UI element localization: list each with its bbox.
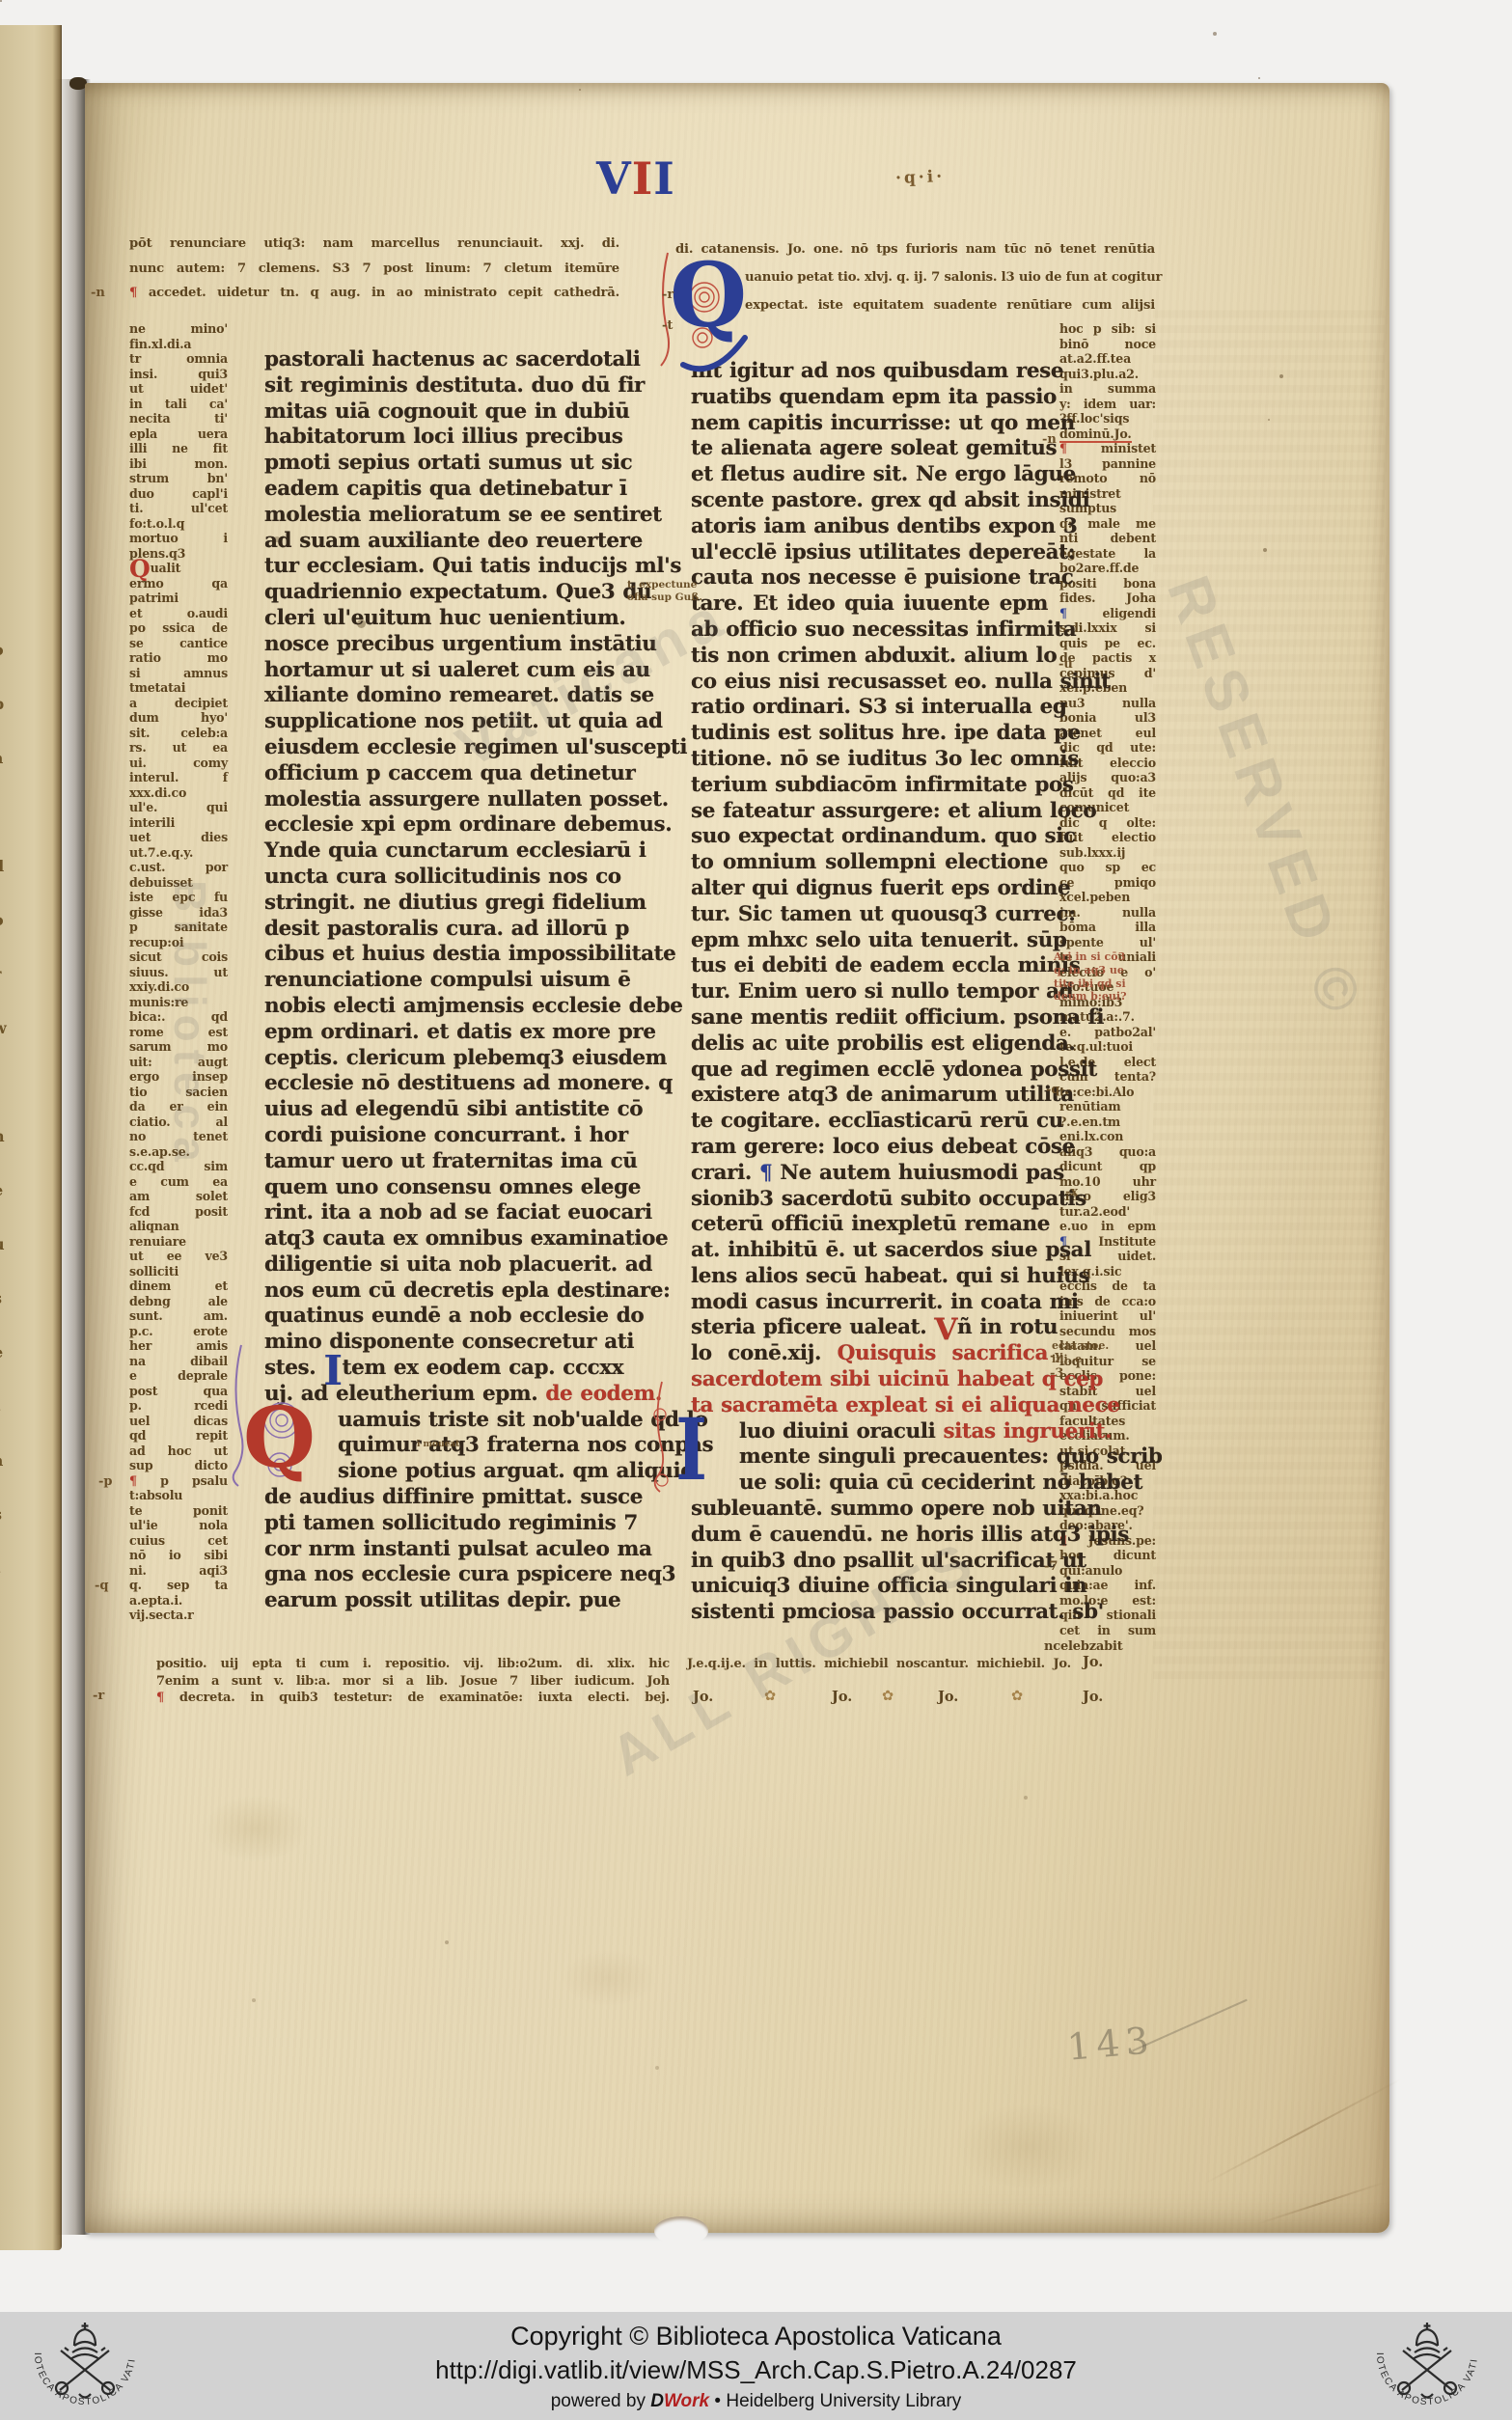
text-segment: y: idem uar:: [1059, 397, 1156, 411]
text-segment: ul'ie nola: [129, 1518, 228, 1532]
dirt-speckles: [0, 0, 2, 2]
text-line: modi casus incurrerit. in coata mi: [691, 1290, 1048, 1316]
text-line: e.uo in epm: [1059, 1219, 1156, 1234]
footer-text-block: Copyright © Biblioteca Apostolica Vatica…: [193, 2312, 1319, 2420]
text-line: nosce precibus urgentium instātiu: [264, 632, 619, 658]
text-line: que ad regimen ecclē ydonea possit: [691, 1058, 1048, 1084]
text-line: nō io sibi: [129, 1548, 228, 1563]
text-line: lo conē.xij. Quisquis sacrifica: [691, 1341, 1048, 1367]
text-line: sit. celeb:a: [129, 726, 228, 741]
text-line: ab officio suo necessitas infirmita: [691, 618, 1048, 644]
clipped-glyph: d: [0, 839, 18, 894]
text-segment: qd repit: [129, 1428, 228, 1443]
text-segment: positi bona: [1059, 576, 1156, 591]
text-segment: tur. Enim uero si nullo tempor ad: [691, 979, 1073, 1004]
text-segment: ¶: [129, 286, 149, 300]
text-segment: sit. celeb:a: [129, 726, 228, 740]
text-line: atq3 cauta ex omnibus examinatioe: [264, 1226, 619, 1252]
pencil-folio-number: 143: [1065, 2019, 1156, 2069]
text-segment: que ad regimen ecclē ydonea possit: [691, 1058, 1097, 1082]
text-segment: sane mentis rediit officium. psona fi: [691, 1005, 1104, 1030]
text-segment: existere atq3 de animarum utilita: [691, 1083, 1074, 1107]
text-line: et fletus audire sit. Ne ergo lāgue: [691, 462, 1048, 488]
text-line: sit regiminis destituta. duo dū fir: [264, 373, 619, 399]
text-segment: cauta nos necesse ē puisione trac: [691, 565, 1074, 590]
text-line: si amnus: [129, 666, 228, 681]
text-segment: p psalu: [160, 1473, 228, 1488]
clipped-glyph: e: [0, 1164, 18, 1218]
text-segment: cibus et huius destia impossibilitate: [264, 942, 675, 966]
text-segment: Ynde quia cunctarum ecclesiarū i: [264, 839, 646, 863]
text-line: ul'ecclē ipsius utilitates depereāt:: [691, 540, 1048, 566]
text-line: patrimi: [129, 591, 228, 606]
main-text-column-right: mt igitur ad nos quibusdam reseruatibs q…: [691, 359, 1048, 1626]
text-segment: p. rcedi: [129, 1398, 228, 1413]
text-segment: tem ex eodem cap. cccxx: [343, 1356, 624, 1380]
text-segment: accedet. uidetur tn. q aug. in ao minist…: [149, 286, 619, 300]
text-line: tr omnia: [129, 351, 228, 367]
text-line: steria pficere ualeat. Vñ in rotu: [691, 1315, 1048, 1341]
text-line: mortuo i: [129, 531, 228, 546]
clipped-glyph: n: [0, 1110, 18, 1164]
text-segment: steria pficere ualeat.: [691, 1315, 934, 1339]
text-segment: ¶: [129, 1473, 160, 1488]
text-segment: aliqnan: [129, 1219, 179, 1233]
text-line: sionib3 sacerdotū subito occupatis: [691, 1187, 1048, 1213]
text-segment: tis non crimen abduxit. alium lo: [691, 644, 1057, 668]
text-segment: e.uo in epm: [1059, 1219, 1156, 1233]
clipped-glyph: r: [0, 948, 18, 1002]
text-segment: Ne autem huiusmodi pas: [780, 1161, 1063, 1185]
text-line: ti. ul'cet: [129, 501, 228, 516]
text-line: strum bn': [129, 471, 228, 486]
text-segment: lo conē.xij.: [691, 1341, 838, 1365]
text-segment: molestia melioratum se ee sentiret: [264, 503, 662, 527]
text-segment: ut.7.e.q.y.: [129, 845, 193, 860]
text-line: na dibail: [129, 1354, 228, 1369]
text-segment: post qua: [129, 1384, 228, 1398]
text-segment: et fletus audire sit. Ne ergo lāgue: [691, 462, 1076, 486]
text-segment: interili: [129, 815, 175, 830]
text-segment: uet dies: [129, 830, 228, 844]
text-segment: tur. Sic tamen ut quousq3 currec:: [691, 902, 1076, 926]
text-segment: mente singuli precauentes: quo scrib: [739, 1444, 1163, 1469]
margin-tie-mark: -7: [1044, 1559, 1058, 1574]
clipped-glyph: s: [0, 1488, 18, 1542]
text-segment: nunc autem: 7 clemens. S3 7 post linum: …: [129, 261, 619, 276]
clipped-glyph: u: [0, 1218, 18, 1272]
text-segment: q. sep ta: [129, 1578, 228, 1592]
gloss-signature-jo: Jo.: [938, 1689, 958, 1705]
text-line: illi ne fit: [129, 441, 228, 456]
text-line: nobis electi amjmensis ecclesie debe: [264, 994, 619, 1020]
text-segment: epm ordinari. et datis ex more pre: [264, 1020, 656, 1044]
text-segment: po ssica de: [129, 620, 228, 635]
text-segment: interul. f: [129, 770, 228, 784]
text-segment: eadem capitis qua detinebatur ī: [264, 477, 627, 501]
text-line: positi bona: [1059, 576, 1156, 591]
text-line: tare. Et ideo quia iuuente epm: [691, 591, 1048, 618]
text-line: te cogitare. ecclīasticarū rerū cu: [691, 1109, 1048, 1135]
text-segment: ¶: [156, 1691, 179, 1705]
text-segment: dicūt qd ite: [1059, 785, 1156, 800]
text-segment: pastorali hactenus ac sacerdotali: [264, 347, 641, 371]
text-segment: diligentie si uita nob placuerit. ad: [264, 1252, 652, 1277]
text-line: mitas uiā cognouit que in dubiū: [264, 399, 619, 426]
text-segment: sione potius arguat. qm aliquid: [338, 1459, 695, 1483]
text-segment: fcd posit: [129, 1204, 228, 1219]
text-line: earum possit utilitas depir. pue: [264, 1588, 619, 1614]
text-segment: modi casus incurrerit. in coata mi: [691, 1290, 1079, 1314]
text-segment: te alienata agere soleat gemitus: [691, 436, 1057, 460]
flower-doodle: ✿: [1011, 1689, 1023, 1704]
text-line: spente ul': [1059, 935, 1156, 950]
numeral-letter: I: [653, 152, 675, 205]
text-segment: 7enim a sunt v. lib:a. mor si a lib. Jos…: [156, 1674, 670, 1689]
text-line: ceptis. clericum plebemq3 eiusdem: [264, 1046, 619, 1072]
text-line: dicunt qp: [1059, 1159, 1156, 1174]
text-segment: xxx.di.co: [129, 785, 186, 800]
text-line: ta sacramēta expleat si ei aliqua nece: [691, 1393, 1048, 1419]
text-segment: tmetatai: [129, 680, 185, 695]
text-segment: cor nrm instanti pulsat aculeo ma: [264, 1537, 652, 1561]
text-segment: se cantice: [129, 636, 228, 650]
text-segment: epla uera: [129, 426, 228, 441]
text-segment: te ponit: [129, 1503, 228, 1518]
text-segment: sionib3 sacerdotū subito occupatis: [691, 1187, 1086, 1211]
text-line: ecclesie xpi epm ordinare debemus.: [264, 812, 619, 839]
text-segment: ceptis. clericum plebemq3 eiusdem: [264, 1046, 667, 1070]
text-line: nunc autem: 7 clemens. S3 7 post linum: …: [129, 257, 619, 282]
text-line: hoc p sib: si: [1059, 321, 1156, 337]
clipped-glyph: ò: [0, 623, 18, 677]
text-segment: quo sp ec: [1059, 860, 1156, 874]
text-segment: decreta. in quib3 testetur: de examinatō…: [179, 1691, 670, 1705]
dwork-logo-work: Work: [664, 2391, 709, 2411]
note-line: ī moueat: [417, 1440, 459, 1450]
text-line: y: idem uar:: [1059, 397, 1156, 412]
dwork-logo-d: D: [650, 2391, 664, 2411]
text-line: ¶ p psalu: [129, 1473, 228, 1489]
text-line: te:ce:bi.Alo: [1059, 1085, 1156, 1100]
text-segment: spente ul': [1059, 935, 1156, 949]
text-segment: ibi mon.: [129, 456, 228, 471]
text-segment: ti. ul'cet: [129, 501, 228, 515]
top-gloss-left: pōt renunciare utiq3: nam marcellus renu…: [129, 232, 619, 306]
text-line: molestia melioratum se ee sentiret: [264, 503, 619, 529]
text-line: epla uera: [129, 426, 228, 442]
text-line: at. inhibitū ē. ut sacerdos siue psal: [691, 1238, 1048, 1264]
text-segment: uanuio petat tio. xlvj. q. ij. 7 salonis…: [745, 270, 1162, 285]
text-segment: dicunt qp: [1059, 1159, 1156, 1173]
text-segment: uncta cura sollicitudinis nos co: [264, 865, 621, 889]
text-line: fcd posit: [129, 1204, 228, 1220]
text-line: positio. uij epta ti cum i. repositio. v…: [156, 1656, 670, 1673]
text-line: stringit. ne diutius gregi fidelium: [264, 891, 619, 917]
text-segment: sit regiminis destituta. duo dū fir: [264, 373, 645, 398]
gloss-signature-jo: Jo.: [1083, 1654, 1103, 1670]
text-segment: qui3.plu.a2.: [1059, 367, 1139, 381]
text-line: in quib3 dno psallit ul'sacrificat ut: [691, 1549, 1048, 1575]
text-line: po ssica de: [129, 620, 228, 636]
text-segment: sup dicto: [129, 1458, 228, 1472]
text-line: pastorali hactenus ac sacerdotali: [264, 347, 619, 373]
numeral-letter: I: [632, 152, 654, 205]
text-line: sane mentis rediit officium. psona fi: [691, 1005, 1048, 1031]
margin-tie-mark: -y: [1050, 1349, 1062, 1363]
text-line: Ynde quia cunctarum ecclesiarū i: [264, 839, 619, 865]
text-segment: epm mhxc selo uita tenuerit. sūp: [691, 928, 1067, 952]
margin-tie-mark: -3: [1050, 1366, 1063, 1381]
text-line: et o.audi: [129, 606, 228, 621]
text-line: t:absolu: [129, 1488, 228, 1503]
text-line: q. sep ta: [129, 1578, 228, 1593]
text-line: sacerdotem sibi uicinū habeat q cep: [691, 1367, 1048, 1393]
text-line: ue soli: quia cū ceciderint nō habet: [691, 1471, 1048, 1497]
note-line: t. expectune: [627, 579, 702, 591]
text-line: p. rcedi: [129, 1398, 228, 1414]
viewer-footer-bar: Copyright © Biblioteca Apostolica Vatica…: [0, 2312, 1512, 2420]
text-line: ui. comy: [129, 756, 228, 771]
text-segment: renuiare: [129, 1234, 186, 1249]
text-segment: ul'e. qui: [129, 800, 228, 814]
text-line: titione. nō se iuditus 3o lec omnis: [691, 747, 1048, 773]
text-segment: solliciti: [129, 1264, 179, 1279]
text-line: insi. qui3: [129, 367, 228, 382]
note-line: Ari in si cō3: [1054, 950, 1127, 964]
text-line: eadem capitis qua detinebatur ī: [264, 477, 619, 503]
page-edge-tear: [654, 2216, 708, 2245]
marginal-note: ī moueat: [417, 1440, 459, 1450]
text-line: alter qui dignus fuerit eps ordine: [691, 876, 1048, 902]
text-segment: crari.: [691, 1161, 759, 1185]
text-line: interul. f: [129, 770, 228, 785]
text-segment: ul'ecclē ipsius utilitates depereāt:: [691, 540, 1075, 564]
text-line: cauta nos necesse ē puisione trac: [691, 565, 1048, 591]
text-segment: ad hoc ut: [129, 1444, 228, 1458]
text-segment: Institute: [1098, 1234, 1156, 1249]
catchword: ncelebzabit: [1044, 1638, 1123, 1656]
text-segment: debng ale: [129, 1294, 228, 1308]
margin-tie-mark: -t: [662, 318, 673, 333]
gloss-signature-jo: Jo.: [1083, 1689, 1103, 1705]
text-segment: mortuo i: [129, 531, 228, 545]
text-segment: quadriennio expectatum. Que3 dū: [264, 580, 651, 604]
text-segment: si amnus: [129, 666, 228, 680]
text-line: molestia assurgere nullaten posset.: [264, 787, 619, 813]
text-segment: se fateatur assurgere: et alium loco: [691, 799, 1096, 823]
text-segment: te cogitare. ecclīasticarū rerū cu: [691, 1109, 1063, 1133]
text-segment: pmoti sepius ortati sumus ut sic: [264, 451, 632, 475]
margin-tie-mark: -u: [1058, 657, 1073, 672]
text-segment: ermo qa: [129, 576, 228, 591]
text-segment: ui. comy: [129, 756, 228, 770]
text-segment: dinem et: [129, 1279, 228, 1293]
text-segment: na dibail: [129, 1354, 228, 1368]
text-line: existere atq3 de animarum utilita: [691, 1083, 1048, 1109]
text-line: cordi puisione concurrant. i hor: [264, 1123, 619, 1149]
text-line: p.c. erote: [129, 1324, 228, 1339]
margin-tie-mark: -n: [91, 286, 105, 300]
text-line: in tali ca': [129, 397, 228, 412]
text-line: tudinis est solitus hre. ipe data pe: [691, 721, 1048, 747]
clipped-glyph: p: [0, 677, 18, 731]
text-segment: ratio ordinari. S3 si interualla eg: [691, 695, 1067, 719]
text-segment: hoc p sib: si: [1059, 321, 1156, 336]
text-segment: ualit: [151, 561, 181, 575]
text-line: ecclesie nō destituens ad monere. q: [264, 1071, 619, 1097]
text-segment: a.epta.i.: [129, 1593, 182, 1608]
text-line: ul'e. qui: [129, 800, 228, 815]
text-line: Qualit: [129, 561, 228, 576]
text-segment: ram gerere: loco eius debeat cōse: [691, 1135, 1075, 1159]
text-line: ¶ ministet: [1059, 441, 1156, 456]
text-segment: ut ee ve3: [129, 1249, 228, 1263]
text-segment: rs. ut ea: [129, 740, 228, 755]
text-line: ratio mo: [129, 650, 228, 666]
text-segment: alter qui dignus fuerit eps ordine: [691, 876, 1070, 900]
text-line: xxx.di.co: [129, 785, 228, 801]
text-segment: scente pastore. grex qd absit insidi: [691, 488, 1089, 512]
gloss-signature-jo: Jo.: [832, 1689, 852, 1705]
text-segment: ut uidet': [129, 381, 228, 396]
text-segment: tamur uero ut fraternitas ima cū: [264, 1149, 638, 1173]
text-line: cuius cet: [129, 1533, 228, 1549]
text-line: renuiare: [129, 1234, 228, 1250]
powered-prefix: powered by: [551, 2391, 651, 2411]
text-line: tur ecclesiam. Qui tatis inducijs ml's: [264, 554, 619, 580]
text-line: se cantice: [129, 636, 228, 651]
text-line: dinem et: [129, 1279, 228, 1294]
text-segment: ni. aqi3: [129, 1563, 228, 1578]
text-line: aliqnan: [129, 1219, 228, 1234]
text-line: uel dicas: [129, 1414, 228, 1429]
clipped-glyph: a: [0, 1434, 18, 1488]
text-line: luo diuini oraculi sitas ingruerit.: [691, 1419, 1048, 1445]
text-line: post qua: [129, 1384, 228, 1399]
text-line: ad hoc ut: [129, 1444, 228, 1459]
text-segment: sitas ingruerit.: [943, 1419, 1112, 1444]
text-line: epm ordinari. et datis ex more pre: [264, 1020, 619, 1046]
text-line: a decipiet: [129, 696, 228, 711]
text-segment: dum ē cauendū. ne horis illis atq3 ipis: [691, 1523, 1129, 1547]
text-line: uncta cura sollicitudinis nos co: [264, 865, 619, 891]
margin-tie-mark: -x: [1065, 1185, 1078, 1199]
text-line: 7enim a sunt v. lib:a. mor si a lib. Jos…: [156, 1673, 670, 1691]
note-line: q: in aq3 ue: [1054, 964, 1127, 977]
text-line: interili: [129, 815, 228, 831]
text-line: e cum ea: [129, 1174, 228, 1190]
initial-Q-red: Q: [243, 1397, 316, 1480]
text-line: duo capl'i: [129, 486, 228, 502]
text-line: de pactis x: [1059, 650, 1156, 666]
text-segment: at.a2.ff.tea: [1059, 351, 1131, 366]
margin-tie-mark: -p: [98, 1474, 113, 1489]
text-segment: her amis: [129, 1338, 228, 1353]
text-segment: nos eum cū decretis epla destinare:: [264, 1279, 671, 1303]
bottom-gloss: positio. uij epta ti cum i. repositio. v…: [156, 1656, 670, 1707]
text-segment: desit pastoralis cura. ad illorū p: [264, 917, 629, 941]
text-segment: subleuantē. summo opere nob uitan: [691, 1497, 1102, 1521]
text-line: qd repit: [129, 1428, 228, 1444]
initial-I-blue: I: [675, 1407, 707, 1492]
text-segment: am solet: [129, 1189, 228, 1203]
text-line: c.ust. por: [129, 860, 228, 875]
text-segment: binō noce: [1059, 337, 1156, 351]
text-line: co eius nisi recusasset eo. nulla sinit: [691, 670, 1048, 696]
text-segment: ne mino': [129, 321, 228, 336]
text-line: at.a2.ff.tea: [1059, 351, 1156, 367]
text-line: ibi mon.: [129, 456, 228, 472]
text-segment: p.c. erote: [129, 1324, 228, 1338]
text-segment: luo diuini oraculi: [739, 1419, 943, 1444]
text-segment: ab officio suo necessitas infirmita: [691, 618, 1076, 642]
text-segment: delis ac uite probilis est eligenda.: [691, 1031, 1075, 1056]
text-line: sup dicto: [129, 1458, 228, 1473]
text-segment: eligendi: [1102, 606, 1156, 620]
text-segment: ue soli: quia cū ceciderint nō habet: [739, 1471, 1142, 1495]
text-segment: habitatorum loci illius precibus: [264, 425, 623, 449]
text-segment: nobis electi amjmensis ecclesie debe: [264, 994, 683, 1018]
text-line: a.epta.i.: [129, 1593, 228, 1609]
text-segment: insi. qui3: [129, 367, 228, 381]
text-line: cet in sum: [1059, 1623, 1156, 1638]
text-line: ni. aqi3: [129, 1563, 228, 1579]
text-segment: to omnium sollempni electione: [691, 850, 1048, 874]
text-line: quatinus eundē a nob ecclesie do: [264, 1304, 619, 1330]
text-segment: fin.xl.di.a: [129, 337, 191, 351]
text-line: to omnium sollempni electione: [691, 850, 1048, 876]
text-line: mente singuli precauentes: quo scrib: [691, 1444, 1048, 1471]
text-line: sunt. am.: [129, 1308, 228, 1324]
margin-tie-mark: -r: [662, 288, 674, 302]
text-line: solliciti: [129, 1264, 228, 1279]
parchment-stain: [955, 2104, 1100, 2190]
text-segment: atq3 cauta ex omnibus examinatioe: [264, 1226, 668, 1251]
flower-doodle: ✿: [882, 1689, 893, 1704]
footer-copyright: Copyright © Biblioteca Apostolica Vatica…: [193, 2322, 1319, 2351]
text-segment: e cum ea: [129, 1174, 228, 1189]
folio-numeral-VII: VII: [596, 152, 675, 205]
text-segment: tare. Et ideo quia iuuente epm: [691, 591, 1048, 616]
text-line: quo sp ec: [1059, 860, 1156, 875]
text-segment: positio. uij epta ti cum i. repositio. v…: [156, 1657, 670, 1671]
note-line: deum b:eui?: [1054, 990, 1127, 1004]
numeral-letter: V: [596, 152, 632, 205]
text-line: e deprale: [129, 1368, 228, 1384]
text-line: te alienata agere soleat gemitus: [691, 436, 1048, 462]
margin-tie-mark: -r: [93, 1689, 104, 1703]
text-line: secundu mos: [1059, 1324, 1156, 1339]
text-segment: at. inhibitū ē. ut sacerdos siue psal: [691, 1238, 1091, 1262]
footer-url: http://digi.vatlib.it/view/MSS_Arch.Cap.…: [193, 2355, 1319, 2385]
text-segment: expectat. iste equitatem suadente renūti…: [745, 298, 1155, 313]
text-segment: a decipiet: [129, 696, 228, 710]
marginal-note: Ari in si cō3q: in aq3 uetite ibi qd sid…: [1054, 950, 1127, 1004]
text-line: binō noce: [1059, 337, 1156, 352]
text-segment: secundu mos: [1059, 1324, 1156, 1338]
text-line: cleri ul'euitum huc uenientium.: [264, 606, 619, 632]
text-segment: atoris iam anibus dentibs expon 3: [691, 514, 1077, 538]
text-line: te ponit: [129, 1503, 228, 1519]
text-segment: ratio mo: [129, 650, 228, 665]
vatican-library-stamp-right: BIBLIOTECA APOSTOLICA VATICANA: [1350, 2312, 1504, 2420]
text-segment: tus ei debiti de eadem eccla minis: [691, 953, 1080, 977]
text-line: dum ē cauendū. ne horis illis atq3 ipis: [691, 1523, 1048, 1549]
margin-tie-mark: -q: [95, 1579, 109, 1593]
margin-tie-mark: -q: [1046, 1083, 1060, 1097]
text-line: debng ale: [129, 1294, 228, 1309]
